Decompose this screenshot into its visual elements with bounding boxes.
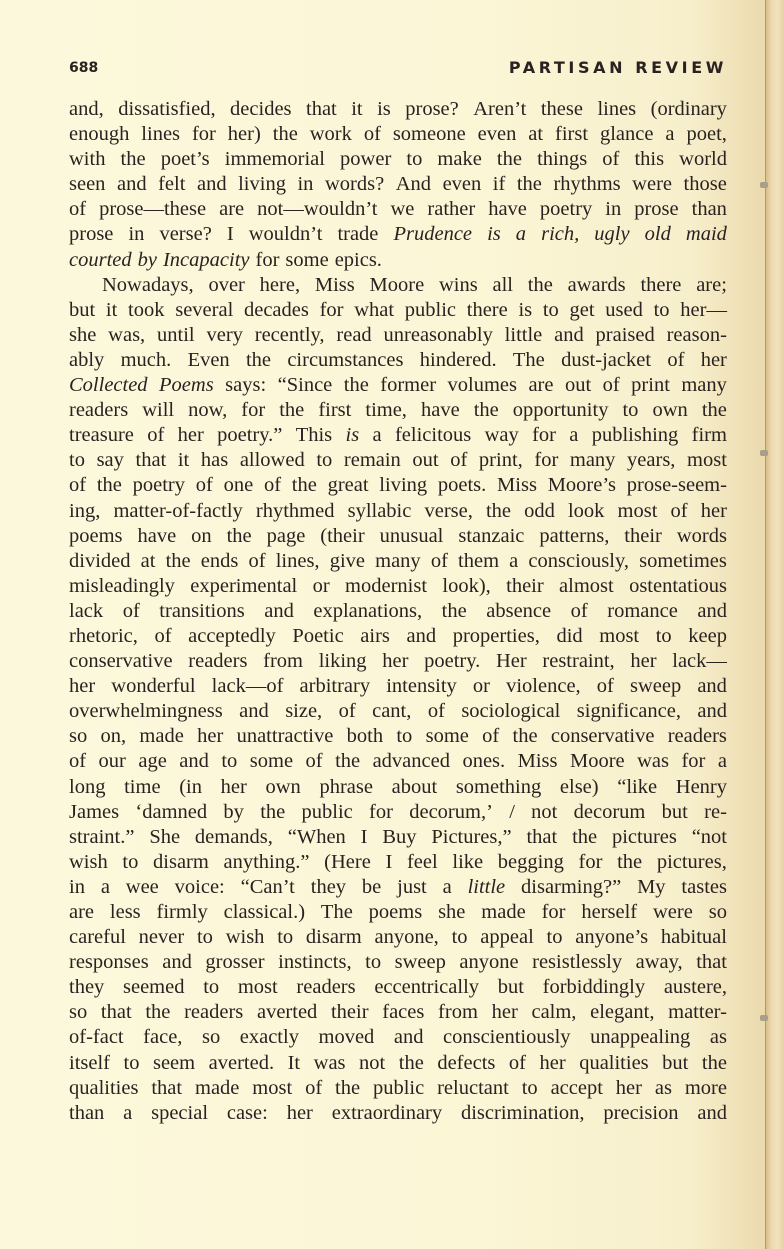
word: so xyxy=(69,724,87,749)
word: to xyxy=(197,925,213,950)
text-line: ofourageandtosomeoftheadvancedones.MissM… xyxy=(69,749,727,774)
word: just xyxy=(397,875,427,900)
word: did xyxy=(556,624,582,649)
word: a xyxy=(373,423,382,448)
word: read xyxy=(336,323,371,348)
word: a xyxy=(509,549,518,574)
word: conservative xyxy=(551,724,655,749)
word: felt xyxy=(158,172,185,197)
word: size, xyxy=(285,699,322,724)
word: of xyxy=(264,473,281,498)
word: decades xyxy=(244,298,309,323)
word: years, xyxy=(627,448,675,473)
word: than xyxy=(69,1101,104,1126)
word: for xyxy=(320,298,344,323)
word: both xyxy=(347,724,383,749)
word: glance xyxy=(600,122,654,147)
word: lack xyxy=(69,599,103,624)
word: her xyxy=(382,649,408,674)
word: by xyxy=(138,248,157,273)
word: than xyxy=(692,197,727,222)
word: accept xyxy=(551,1076,603,1101)
word: precision xyxy=(603,1101,678,1126)
word: power xyxy=(340,147,391,172)
word: ones. xyxy=(462,749,505,774)
word: until xyxy=(157,323,195,348)
word: volumes xyxy=(448,373,517,398)
word: epics. xyxy=(335,248,382,273)
word: of xyxy=(364,122,381,147)
text-line: responsesandgrosserinstincts,tosweepanyo… xyxy=(69,950,727,975)
word: words xyxy=(677,524,727,549)
word: to xyxy=(203,975,219,1000)
word: now, xyxy=(188,398,227,423)
word: for xyxy=(192,122,216,147)
word: to xyxy=(365,950,381,975)
word: of xyxy=(602,147,619,172)
word: instincts, xyxy=(278,950,351,975)
word: pictures, xyxy=(657,850,727,875)
text-line: courtedbyIncapacityforsomeepics. xyxy=(69,248,727,273)
word: these xyxy=(541,97,583,122)
word: world xyxy=(679,147,727,172)
word: that xyxy=(306,97,337,122)
word: look xyxy=(568,499,604,524)
word: (ordinary xyxy=(651,97,727,122)
word: that xyxy=(136,448,167,473)
word: made xyxy=(139,724,183,749)
word: work xyxy=(310,122,352,147)
word: I xyxy=(385,850,392,875)
word: and xyxy=(697,599,727,624)
word: poets. xyxy=(438,473,486,498)
word: readers xyxy=(668,724,727,749)
word: and xyxy=(117,172,147,197)
word: verse? xyxy=(159,222,211,247)
word: forbiddingly xyxy=(543,975,646,1000)
word: less xyxy=(110,900,141,925)
text-line: thanaspecialcase:herextraordinarydiscrim… xyxy=(69,1101,727,1126)
word: ugly xyxy=(594,222,629,247)
word: The xyxy=(513,348,545,373)
word: page xyxy=(267,524,306,549)
word: classical.) xyxy=(224,900,305,925)
word: averted. xyxy=(209,1051,274,1076)
word: of xyxy=(248,549,265,574)
word: eccentrically xyxy=(374,975,479,1000)
page-tab-mark xyxy=(760,450,768,456)
word: hindered. xyxy=(420,348,497,373)
word: were xyxy=(653,900,693,925)
word: “like xyxy=(617,775,657,800)
word: this xyxy=(634,147,664,172)
word: of xyxy=(69,473,86,498)
word: are xyxy=(69,900,94,925)
word: significance, xyxy=(577,699,681,724)
word: what xyxy=(354,298,394,323)
word: that xyxy=(101,1000,132,1025)
word: the xyxy=(279,398,304,423)
word: to xyxy=(69,448,85,473)
word: prose xyxy=(634,197,678,222)
word: I xyxy=(361,825,368,850)
word: Pictures,” xyxy=(431,825,511,850)
text-line: ofthepoetryofoneofthegreatlivingpoets.Mi… xyxy=(69,473,727,498)
word: divided xyxy=(69,549,131,574)
word: Moore xyxy=(370,273,425,298)
word: of xyxy=(571,599,588,624)
word: so xyxy=(202,1025,220,1050)
word: that xyxy=(526,825,557,850)
word: she xyxy=(69,323,96,348)
word: readers xyxy=(69,398,128,423)
word: of-fact xyxy=(69,1025,124,1050)
word: her xyxy=(69,674,95,699)
word: firm xyxy=(692,423,727,448)
word: Aren’t xyxy=(473,97,526,122)
word: living xyxy=(379,473,427,498)
word: lines xyxy=(141,122,180,147)
word: lack— xyxy=(672,649,727,674)
word: “not xyxy=(692,825,727,850)
word: Moore xyxy=(570,749,625,774)
word: wins xyxy=(439,273,478,298)
word: and xyxy=(197,172,227,197)
word: away, xyxy=(636,950,683,975)
word: them xyxy=(458,549,499,574)
word: the xyxy=(486,499,511,524)
word: of xyxy=(667,348,684,373)
word: but xyxy=(662,1051,688,1076)
word: James xyxy=(69,800,119,825)
word: to xyxy=(547,925,563,950)
word: poet’s xyxy=(161,147,210,172)
word: most xyxy=(618,499,658,524)
text-line: misleadinglyexperimentalormodernistlook)… xyxy=(69,574,727,599)
word: the xyxy=(572,825,597,850)
word: time, xyxy=(365,398,407,423)
word: a xyxy=(123,1101,132,1126)
word: she xyxy=(438,900,465,925)
word: as xyxy=(655,1076,672,1101)
word: will xyxy=(142,398,174,423)
word: and xyxy=(394,1025,424,1050)
word: rhetoric, xyxy=(69,624,138,649)
text-line: dividedattheendsoflines,givemanyofthemac… xyxy=(69,549,727,574)
word: “Can’t xyxy=(241,875,295,900)
word: great xyxy=(328,473,369,498)
text-line: straint.”Shedemands,“WhenIBuyPictures,”t… xyxy=(69,825,727,850)
word: the xyxy=(528,273,553,298)
word: a xyxy=(516,222,526,247)
word: first xyxy=(555,122,588,147)
word: there xyxy=(467,298,508,323)
document-page: 688 PARTISAN REVIEW and,dissatisfied,dec… xyxy=(0,0,783,1249)
text-line: theyseemedtomostreaderseccentricallybutf… xyxy=(69,975,727,1000)
word: things xyxy=(537,147,587,172)
word: habitual xyxy=(661,925,727,950)
text-line: withthepoet’simmemorialpowertomakethethi… xyxy=(69,147,727,172)
word: those xyxy=(684,172,727,197)
word: decides xyxy=(230,97,291,122)
word: “When xyxy=(288,825,346,850)
word: something xyxy=(456,775,541,800)
word: first xyxy=(318,398,351,423)
word: She xyxy=(149,825,180,850)
word: to xyxy=(452,925,468,950)
word: wish xyxy=(226,925,265,950)
word: poems xyxy=(369,900,423,925)
word: sometimes xyxy=(639,549,727,574)
word: opportunity xyxy=(513,398,609,423)
word: was xyxy=(314,1051,346,1076)
word: to xyxy=(221,749,237,774)
word: of xyxy=(597,674,614,699)
word: lack—of xyxy=(212,674,284,699)
word: several xyxy=(175,298,233,323)
word: look), xyxy=(442,574,490,599)
word: reason- xyxy=(667,323,727,348)
text-line: conservativereadersfromlikingherpoetry.H… xyxy=(69,649,727,674)
word: remain xyxy=(344,448,401,473)
word: and xyxy=(407,624,437,649)
word: lines, xyxy=(276,549,320,574)
word: former xyxy=(380,373,436,398)
word: feel xyxy=(407,850,438,875)
word: the xyxy=(442,599,467,624)
page-tab-mark xyxy=(760,1015,768,1021)
word: her— xyxy=(680,298,727,323)
word: has xyxy=(201,448,228,473)
word: Henry xyxy=(676,775,727,800)
word: for xyxy=(579,850,603,875)
word: unusual xyxy=(380,524,444,549)
word: anyone, xyxy=(374,925,438,950)
text-line: butittookseveraldecadesforwhatpublicther… xyxy=(69,298,727,323)
word: ing, xyxy=(69,499,100,524)
word: disarm xyxy=(306,925,362,950)
word: ends xyxy=(201,549,239,574)
word: that xyxy=(696,950,727,975)
word: poet, xyxy=(686,122,726,147)
text-line: tosaythatithasallowedtoremainoutofprint,… xyxy=(69,448,727,473)
word: awards xyxy=(568,273,626,298)
word: have xyxy=(137,524,176,549)
word: not—wouldn’t xyxy=(257,197,377,222)
word: of xyxy=(305,1076,322,1101)
word: maid xyxy=(686,222,727,247)
text-line: sothatthereadersavertedtheirfacesfromher… xyxy=(69,1000,727,1025)
word: out xyxy=(412,448,438,473)
word: the xyxy=(97,473,122,498)
word: firmly xyxy=(157,900,208,925)
word: transitions xyxy=(159,599,244,624)
word: odd xyxy=(524,499,555,524)
word: someone xyxy=(393,122,466,147)
word: prose xyxy=(69,222,113,247)
word: phrase xyxy=(319,775,373,800)
word: It xyxy=(288,1051,301,1076)
word: sociological xyxy=(461,699,560,724)
word: almost xyxy=(559,574,614,599)
word: special xyxy=(151,1101,208,1126)
word: The xyxy=(321,900,353,925)
word: or xyxy=(313,574,330,599)
word: publishing xyxy=(592,423,679,448)
word: sweep xyxy=(630,674,681,699)
word: get xyxy=(570,298,595,323)
word: as xyxy=(710,1025,727,1050)
word: romance xyxy=(607,599,678,624)
word: if xyxy=(493,172,506,197)
word: Prudence xyxy=(393,222,472,247)
word: even xyxy=(478,122,517,147)
word: says: xyxy=(225,373,266,398)
word: a xyxy=(665,122,674,147)
word: took xyxy=(128,298,164,323)
word: very xyxy=(206,323,242,348)
word: in xyxy=(128,222,144,247)
journal-title: PARTISAN REVIEW xyxy=(509,58,727,77)
word: of xyxy=(69,749,86,774)
word: in xyxy=(297,172,313,197)
word: they xyxy=(311,875,346,900)
word: to xyxy=(622,398,638,423)
word: with xyxy=(69,147,105,172)
word: prose—these xyxy=(99,197,206,222)
word: And xyxy=(396,172,431,197)
word: seem xyxy=(153,1051,195,1076)
word: are xyxy=(219,197,244,222)
word: public xyxy=(373,1076,424,1101)
word: of xyxy=(339,699,356,724)
binding-edge xyxy=(765,0,783,1249)
word: face, xyxy=(143,1025,182,1050)
word: her xyxy=(197,724,223,749)
word: Even xyxy=(188,348,230,373)
word: to xyxy=(522,1076,538,1101)
word: absence xyxy=(486,599,551,624)
word: from xyxy=(263,649,303,674)
word: poetry. xyxy=(424,649,480,674)
word: to xyxy=(316,448,332,473)
word: all xyxy=(492,273,513,298)
word: poetry xyxy=(540,197,592,222)
word: and xyxy=(264,599,294,624)
word: straint.” xyxy=(69,825,134,850)
word: words? xyxy=(325,172,384,197)
word: our xyxy=(99,749,126,774)
word: for xyxy=(534,448,558,473)
word: the xyxy=(227,524,252,549)
word: of xyxy=(431,549,448,574)
word: faces xyxy=(382,1000,424,1025)
word: print, xyxy=(479,448,523,473)
word: intensity xyxy=(386,674,457,699)
word: unattractive xyxy=(237,724,334,749)
word: seemed xyxy=(123,975,184,1000)
word: have xyxy=(488,197,527,222)
word: and xyxy=(179,749,209,774)
word: and xyxy=(697,699,727,724)
word: the xyxy=(344,373,369,398)
word: in xyxy=(69,875,85,900)
word: that xyxy=(151,1076,182,1101)
word: disarming?” xyxy=(521,875,621,900)
body-text: and,dissatisfied,decidesthatitisprose?Ar… xyxy=(69,97,727,1126)
word: about xyxy=(392,775,438,800)
word: out xyxy=(565,373,591,398)
word: the xyxy=(399,1051,424,1076)
word: and xyxy=(239,699,269,724)
word: of xyxy=(196,473,213,498)
word: from xyxy=(438,1000,478,1025)
word: the xyxy=(497,147,522,172)
word: the xyxy=(517,172,542,197)
word: overwhelmingness xyxy=(69,699,223,724)
word: for xyxy=(542,900,566,925)
word: misleadingly xyxy=(69,574,175,599)
word: to xyxy=(277,925,293,950)
word: most xyxy=(252,1076,292,1101)
text-line: ing,matter-of-factlyrhythmedsyllabicvers… xyxy=(69,499,727,524)
word: her xyxy=(701,499,727,524)
text-line: longtime(inherownphraseaboutsomethingels… xyxy=(69,775,727,800)
word: praised xyxy=(596,323,655,348)
word: like xyxy=(452,850,483,875)
word: I xyxy=(227,222,234,247)
word: patterns, xyxy=(539,524,609,549)
word: many xyxy=(375,549,421,574)
word: advanced xyxy=(373,749,450,774)
word: there xyxy=(640,273,681,298)
word: felicitous xyxy=(395,423,471,448)
word: qualities xyxy=(69,1076,138,1101)
word: reluctant xyxy=(437,1076,509,1101)
word: liking xyxy=(319,649,367,674)
word: the xyxy=(617,850,642,875)
word: at xyxy=(528,122,543,147)
word: matter-of-factly xyxy=(113,499,242,524)
word: Poetic xyxy=(292,624,343,649)
word: of xyxy=(482,724,499,749)
word: My xyxy=(637,875,665,900)
word: ‘damned xyxy=(135,800,207,825)
word: much. xyxy=(121,348,172,373)
text-line: proseinverse?Iwouldn’ttradePrudenceisari… xyxy=(69,222,727,247)
word: her xyxy=(539,1051,565,1076)
word: This xyxy=(296,423,332,448)
page-tab-mark xyxy=(760,182,768,188)
word: averted xyxy=(257,1000,317,1025)
word: (Here xyxy=(324,850,371,875)
word: restraint, xyxy=(542,649,614,674)
word: wonderful xyxy=(111,674,195,699)
word: modernist xyxy=(345,574,427,599)
word: trade xyxy=(337,222,378,247)
word: of xyxy=(603,373,620,398)
word: her xyxy=(616,1076,642,1101)
word: a xyxy=(101,875,110,900)
word: but xyxy=(498,975,524,1000)
word: her xyxy=(178,423,204,448)
word: (in xyxy=(179,775,202,800)
word: case: xyxy=(227,1101,268,1126)
word: verse, xyxy=(424,499,472,524)
word: the xyxy=(121,147,146,172)
word: their xyxy=(331,1000,369,1025)
text-line: Nowadays,overhere,MissMoorewinsalltheawa… xyxy=(69,273,727,298)
